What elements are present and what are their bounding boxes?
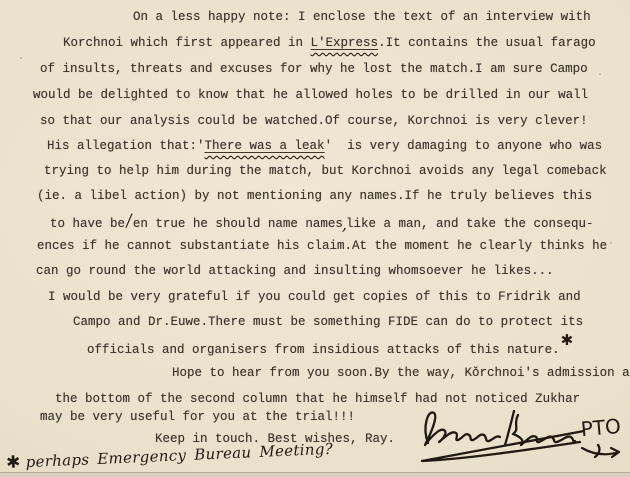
letter-line: (ie. a libel action) by not mentioning a… bbox=[37, 189, 592, 204]
underlined-phrase: L'Express bbox=[311, 36, 379, 50]
pto-annotation: PTO bbox=[576, 410, 630, 465]
letter-line: Korchnoi which first appeared in L'Expre… bbox=[63, 36, 596, 51]
paper-edge-shadow bbox=[0, 472, 630, 477]
letter-text-segment: like a man, and take the consequ- bbox=[346, 217, 594, 231]
letter-line: On a less happy note: I enclose the text… bbox=[133, 10, 591, 25]
underlined-phrase: There was a leak bbox=[205, 139, 325, 153]
paper-speck bbox=[530, 14, 532, 16]
letter-line: to have be/en true he should name names,… bbox=[50, 214, 594, 232]
letter-line: would be delighted to know that he allow… bbox=[33, 88, 588, 103]
letter-text-segment: ' is very damaging to anyone who was bbox=[325, 139, 603, 153]
paper-speck bbox=[599, 73, 601, 75]
paper-speck bbox=[20, 57, 22, 59]
footnote-text: perhaps Emergency Bureau Meeting? bbox=[25, 440, 333, 471]
letter-line: Campo and Dr.Euwe.There must be somethin… bbox=[73, 315, 583, 330]
letter-text-segment: There was a leak bbox=[205, 139, 325, 153]
letter-text-segment: His allegation that:' bbox=[47, 139, 205, 153]
letter-line: His allegation that:'There was a leak' i… bbox=[47, 139, 602, 154]
letter-text-segment: officials and organisers from insidious … bbox=[87, 343, 560, 357]
letter-line: may be very useful for you at the trial!… bbox=[40, 410, 355, 425]
letter-text-segment: en true he should name names bbox=[133, 217, 343, 231]
arrow-right-icon bbox=[582, 448, 619, 457]
letter-text-segment: .It contains the usual farago bbox=[378, 36, 596, 50]
handwritten-asterisk: ✱ bbox=[561, 331, 574, 349]
letter-text-segment: to have be bbox=[50, 217, 125, 231]
letter-line: trying to help him during the match, but… bbox=[44, 164, 607, 179]
letter-line: officials and organisers from insidious … bbox=[87, 341, 573, 358]
letter-text-segment: L'Express bbox=[311, 36, 379, 50]
paper-speck bbox=[461, 190, 463, 192]
signature-scribble bbox=[425, 412, 500, 445]
letter-line: so that our analysis could be watched.Of… bbox=[40, 114, 588, 129]
handwritten-slash: / bbox=[124, 210, 133, 235]
letter-line: can go round the world attacking and ins… bbox=[36, 264, 554, 279]
paper-speck bbox=[610, 242, 612, 244]
handwritten-comma: , bbox=[342, 215, 347, 234]
letter-line: of insults, threats and excuses for why … bbox=[40, 62, 588, 77]
letter-line: ences if he cannot substantiate his clai… bbox=[37, 239, 607, 254]
letter-page: On a less happy note: I enclose the text… bbox=[0, 0, 630, 477]
letter-line: Hope to hear from you soon.By the way, K… bbox=[172, 366, 630, 381]
pto-label: PTO bbox=[580, 414, 622, 441]
letter-line: I would be very grateful if you could ge… bbox=[48, 290, 581, 305]
footnote-asterisk: ✱ bbox=[6, 452, 21, 473]
letter-text-segment: Korchnoi which first appeared in bbox=[63, 36, 311, 50]
